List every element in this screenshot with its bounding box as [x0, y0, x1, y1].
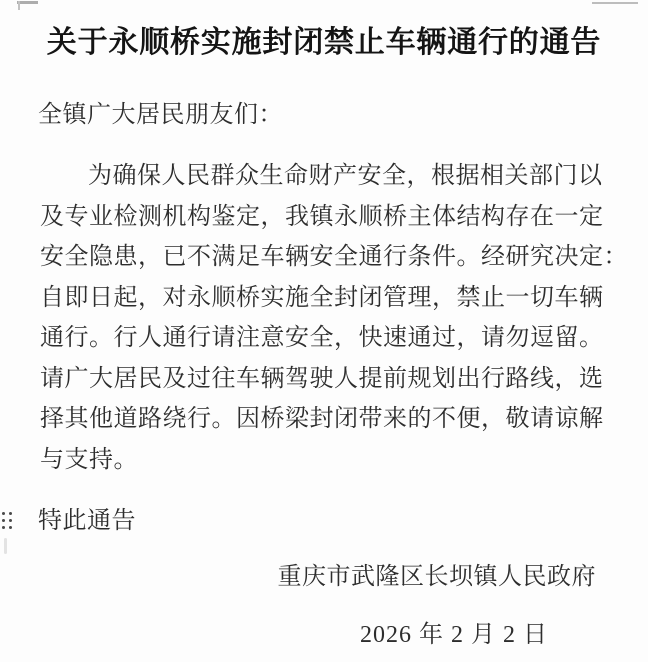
scan-artifact-top-left-tick: [18, 1, 20, 10]
body-line: 安全隐患，已不满足车辆安全通行条件。经研究决定：: [40, 237, 640, 278]
body-line: 请广大居民及过往车辆驾驶人提前规划出行路线，选: [40, 359, 640, 400]
salutation: 全镇广大居民朋友们：: [38, 98, 283, 132]
scan-artifact-smudge: [4, 538, 7, 554]
issue-date: 2026 年 2 月 2 日: [360, 618, 548, 652]
body-line: 与支持。: [40, 440, 640, 481]
closing-phrase: 特此通告: [38, 504, 136, 538]
body-line: 通行。行人通行请注意安全，快速通过，请勿逗留。: [40, 318, 640, 359]
body-line: 为确保人民群众生命财产安全，根据相关部门以: [40, 156, 640, 197]
notice-title: 关于永顺桥实施封闭禁止车辆通行的通告: [0, 24, 648, 62]
body-line: 及专业检测机构鉴定，我镇永顺桥主体结构存在一定: [40, 197, 640, 238]
body-line: 自即日起，对永顺桥实施全封闭管理，禁止一切车辆: [40, 278, 640, 319]
notice-document: 关于永顺桥实施封闭禁止车辆通行的通告 全镇广大居民朋友们： 为确保人民群众生命财…: [0, 0, 648, 662]
scan-artifact-dot-grid: [2, 512, 14, 536]
notice-body: 为确保人民群众生命财产安全，根据相关部门以 及专业检测机构鉴定，我镇永顺桥主体结…: [40, 156, 640, 480]
scan-artifact-top-left-line: [17, 1, 38, 4]
issuer-signature: 重庆市武隆区长坝镇人民政府: [278, 560, 597, 594]
body-line: 择其他道路绕行。因桥梁封闭带来的不便，敬请谅解: [40, 399, 640, 440]
scan-artifact-top-right-line: [592, 2, 638, 4]
